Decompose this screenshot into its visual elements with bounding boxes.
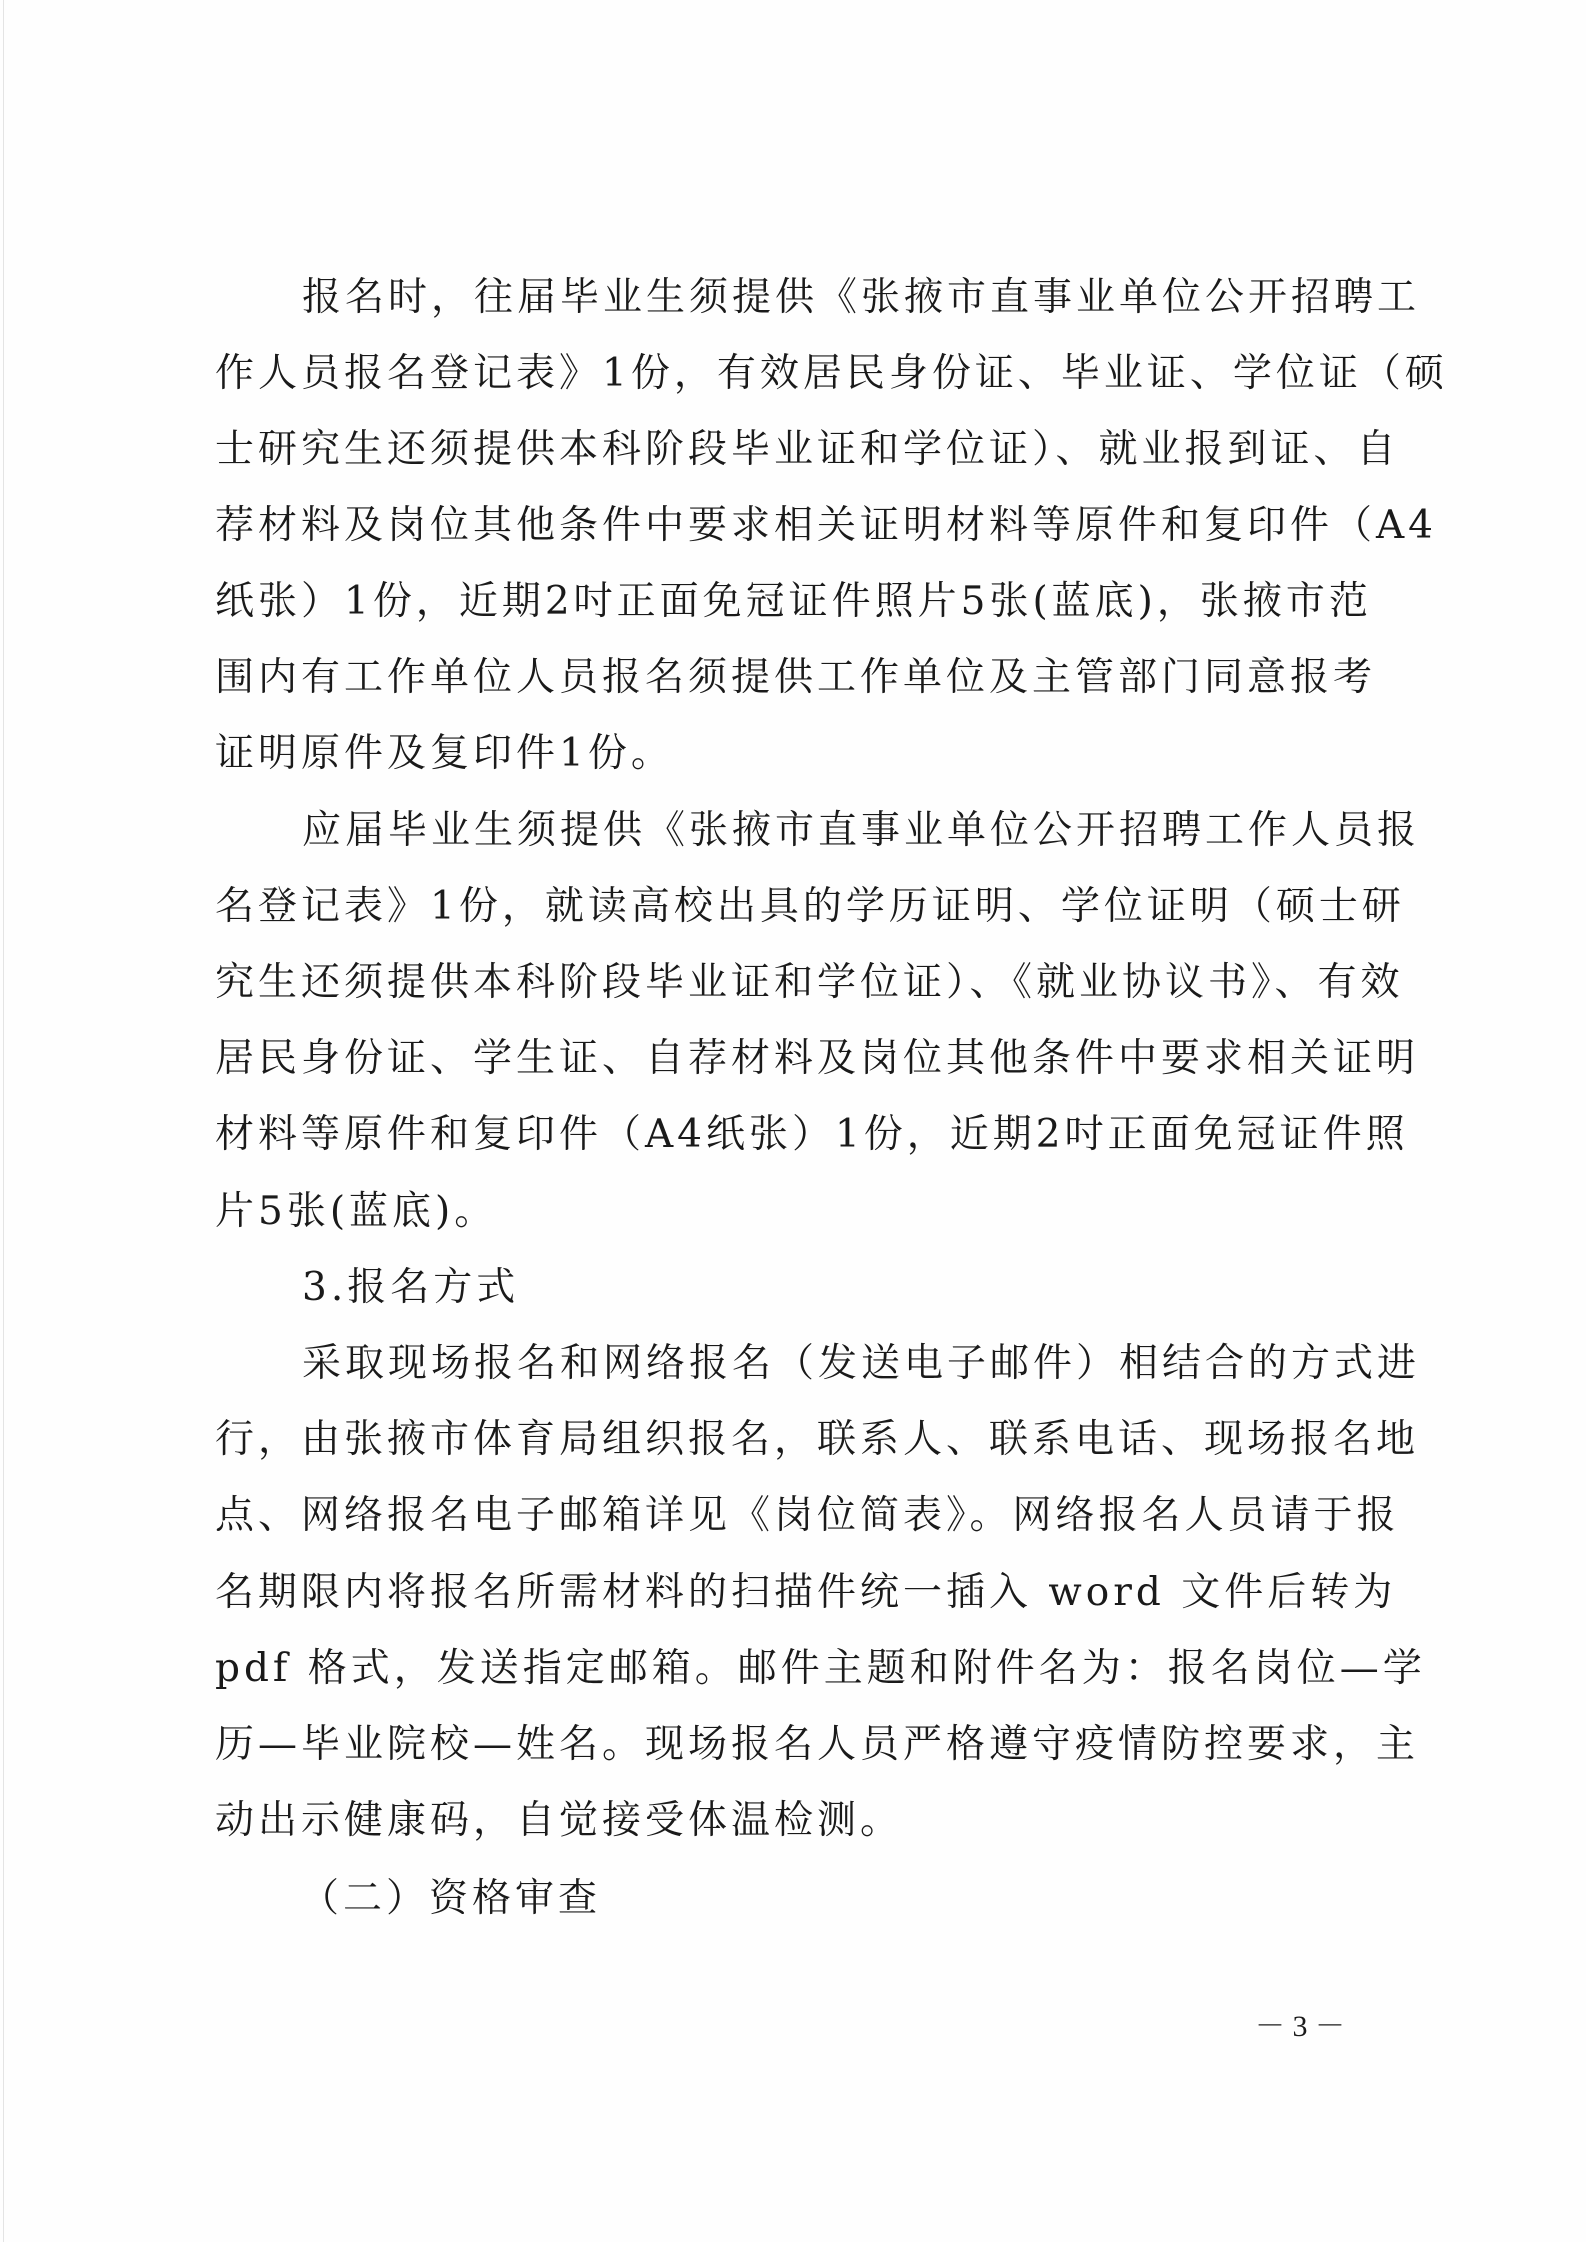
- paragraph-registration-method-line: 行，由张掖市体育局组织报名，联系人、联系电话、现场报名地: [215, 1402, 1395, 1478]
- paragraph-returning-graduates-line: 荐材料及岗位其他条件中要求相关证明材料等原件和复印件（A4: [215, 488, 1395, 564]
- paragraph-fresh-graduates-line: 究生还须提供本科阶段毕业证和学位证）、《就业协议书》、有效: [215, 945, 1395, 1021]
- paragraph-fresh-graduates-line: 片5张(蓝底)。: [215, 1174, 1395, 1250]
- paragraph-returning-graduates-line: 作人员报名登记表》1份，有效居民身份证、毕业证、学位证（硕: [215, 336, 1395, 412]
- paragraph-registration-method-line: 动出示健康码，自觉接受体温检测。: [215, 1783, 1395, 1859]
- paragraph-fresh-graduates-line: 居民身份证、学生证、自荐材料及岗位其他条件中要求相关证明: [215, 1021, 1395, 1097]
- paragraph-registration-method-line: pdf 格式，发送指定邮箱。邮件主题和附件名为：报名岗位—学: [215, 1631, 1395, 1707]
- section-heading-qualification-review: （二）资格审查: [300, 1861, 1480, 1937]
- paragraph-returning-graduates-line: 纸张）1份，近期2吋正面免冠证件照片5张(蓝底)，张掖市范: [215, 564, 1395, 640]
- paragraph-returning-graduates-line: 围内有工作单位人员报名须提供工作单位及主管部门同意报考: [215, 640, 1395, 716]
- paragraph-registration-method-line: 名期限内将报名所需材料的扫描件统一插入 word 文件后转为: [215, 1555, 1395, 1631]
- scan-edge-line: [3, 0, 4, 2242]
- paragraph-registration-method-line: 点、网络报名电子邮箱详见《岗位简表》。网络报名人员请于报: [215, 1478, 1395, 1554]
- paragraph-fresh-graduates-line: 应届毕业生须提供《张掖市直事业单位公开招聘工作人员报: [302, 793, 1482, 869]
- paragraph-fresh-graduates-line: 名登记表》1份，就读高校出具的学历证明、学位证明（硕士研: [215, 869, 1395, 945]
- section-heading-registration-method: 3.报名方式: [302, 1250, 1482, 1326]
- paragraph-registration-method-line: 历—毕业院校—姓名。现场报名人员严格遵守疫情防控要求，主: [215, 1707, 1395, 1783]
- paragraph-returning-graduates-line: 报名时，往届毕业生须提供《张掖市直事业单位公开招聘工: [302, 260, 1482, 336]
- document-page: 报名时，往届毕业生须提供《张掖市直事业单位公开招聘工 作人员报名登记表》1份，有…: [0, 0, 1586, 2242]
- paragraph-registration-method-line: 采取现场报名和网络报名（发送电子邮件）相结合的方式进: [302, 1326, 1482, 1402]
- page-number: － 3 －: [1245, 2005, 1355, 2049]
- paragraph-fresh-graduates-line: 材料等原件和复印件（A4纸张）1份，近期2吋正面免冠证件照: [215, 1097, 1395, 1173]
- paragraph-returning-graduates-line: 证明原件及复印件1份。: [215, 716, 1395, 792]
- paragraph-returning-graduates-line: 士研究生还须提供本科阶段毕业证和学位证）、就业报到证、自: [215, 412, 1395, 488]
